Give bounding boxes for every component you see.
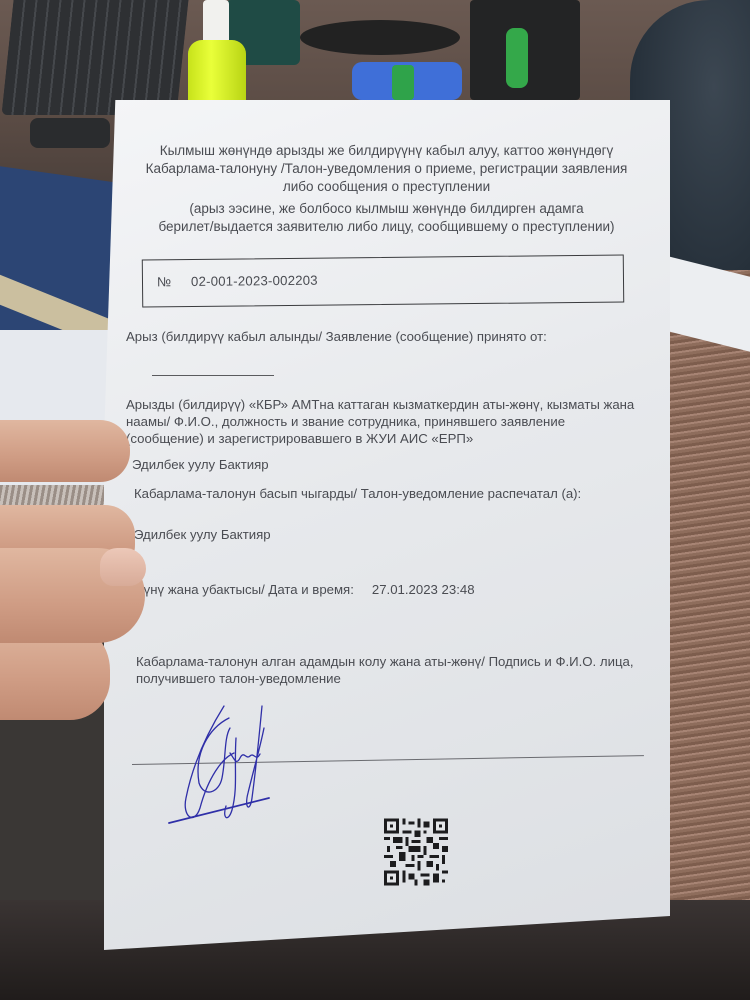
handwritten-signature-icon: [164, 698, 314, 838]
recipient-signature-label: Кабарлама-талонун алган адамдын колу жан…: [136, 653, 656, 687]
title-line: либо сообщения о преступлении: [124, 178, 649, 196]
registration-number-box: № 02-001-2023-002203: [142, 254, 624, 307]
keyboard-cable: [30, 118, 110, 148]
bottle-cap: [203, 0, 229, 45]
document-title: Кылмыш жөнүндө арызды же билдирүүнү кабы…: [124, 142, 649, 196]
subtitle-line: берилет/выдается заявителю либо лицу, со…: [124, 218, 649, 236]
accepted-from-blank: [152, 375, 274, 376]
title-line: Кабарлама-талонуну /Талон-уведомления о …: [124, 160, 649, 178]
accepted-from-label: Арыз (билдирүү кабыл алынды/ Заявление (…: [126, 328, 646, 345]
datetime-value: 27.01.2023 23:48: [372, 582, 475, 597]
qr-code-icon[interactable]: [384, 818, 448, 886]
glue-bottle: [188, 40, 246, 105]
title-line: Кылмыш жөнүндө арызды же билдирүүнү кабы…: [124, 142, 649, 160]
datetime-label: Күнү жана убактысы/ Дата и время:: [136, 582, 354, 597]
talon-notification-slip: Кылмыш жөнүндө арызды же билдирүүнү кабы…: [104, 100, 670, 950]
signature-label-line: получившего талон-уведомление: [136, 670, 656, 687]
document-subtitle: (арыз ээсине, же болбосо кылмыш жөнүндө …: [124, 200, 649, 236]
wooden-desk: [660, 270, 750, 970]
registration-number: 02-001-2023-002203: [191, 273, 318, 289]
keyboard: [1, 0, 189, 115]
subtitle-line: (арыз ээсине, же болбосо кылмыш жөнүндө …: [124, 200, 649, 218]
monitor-base: [300, 20, 460, 55]
hand-finger: [0, 420, 130, 482]
signature-label-line: Кабарлама-талонун алган адамдын колу жан…: [136, 653, 656, 670]
green-clip: [392, 65, 414, 100]
number-sign: №: [157, 274, 171, 289]
thumb-nail: [100, 548, 146, 586]
registrar-name: Эдилбек уулу Бактияр: [132, 456, 652, 473]
registrar-label: Арызды (билдирүү) «КБР» АМТна каттаган к…: [126, 396, 646, 447]
datetime-row: Күнү жана убактысы/ Дата и время:27.01.2…: [136, 581, 656, 598]
printed-by-label: Кабарлама-талонун басып чыгарды/ Талон-у…: [134, 485, 654, 502]
green-marker: [506, 28, 528, 88]
slip-content: Кылмыш жөнүндө арызды же билдирүүнү кабы…: [104, 100, 670, 950]
printed-by-name: Эдилбек уулу Бактияр: [134, 526, 654, 543]
